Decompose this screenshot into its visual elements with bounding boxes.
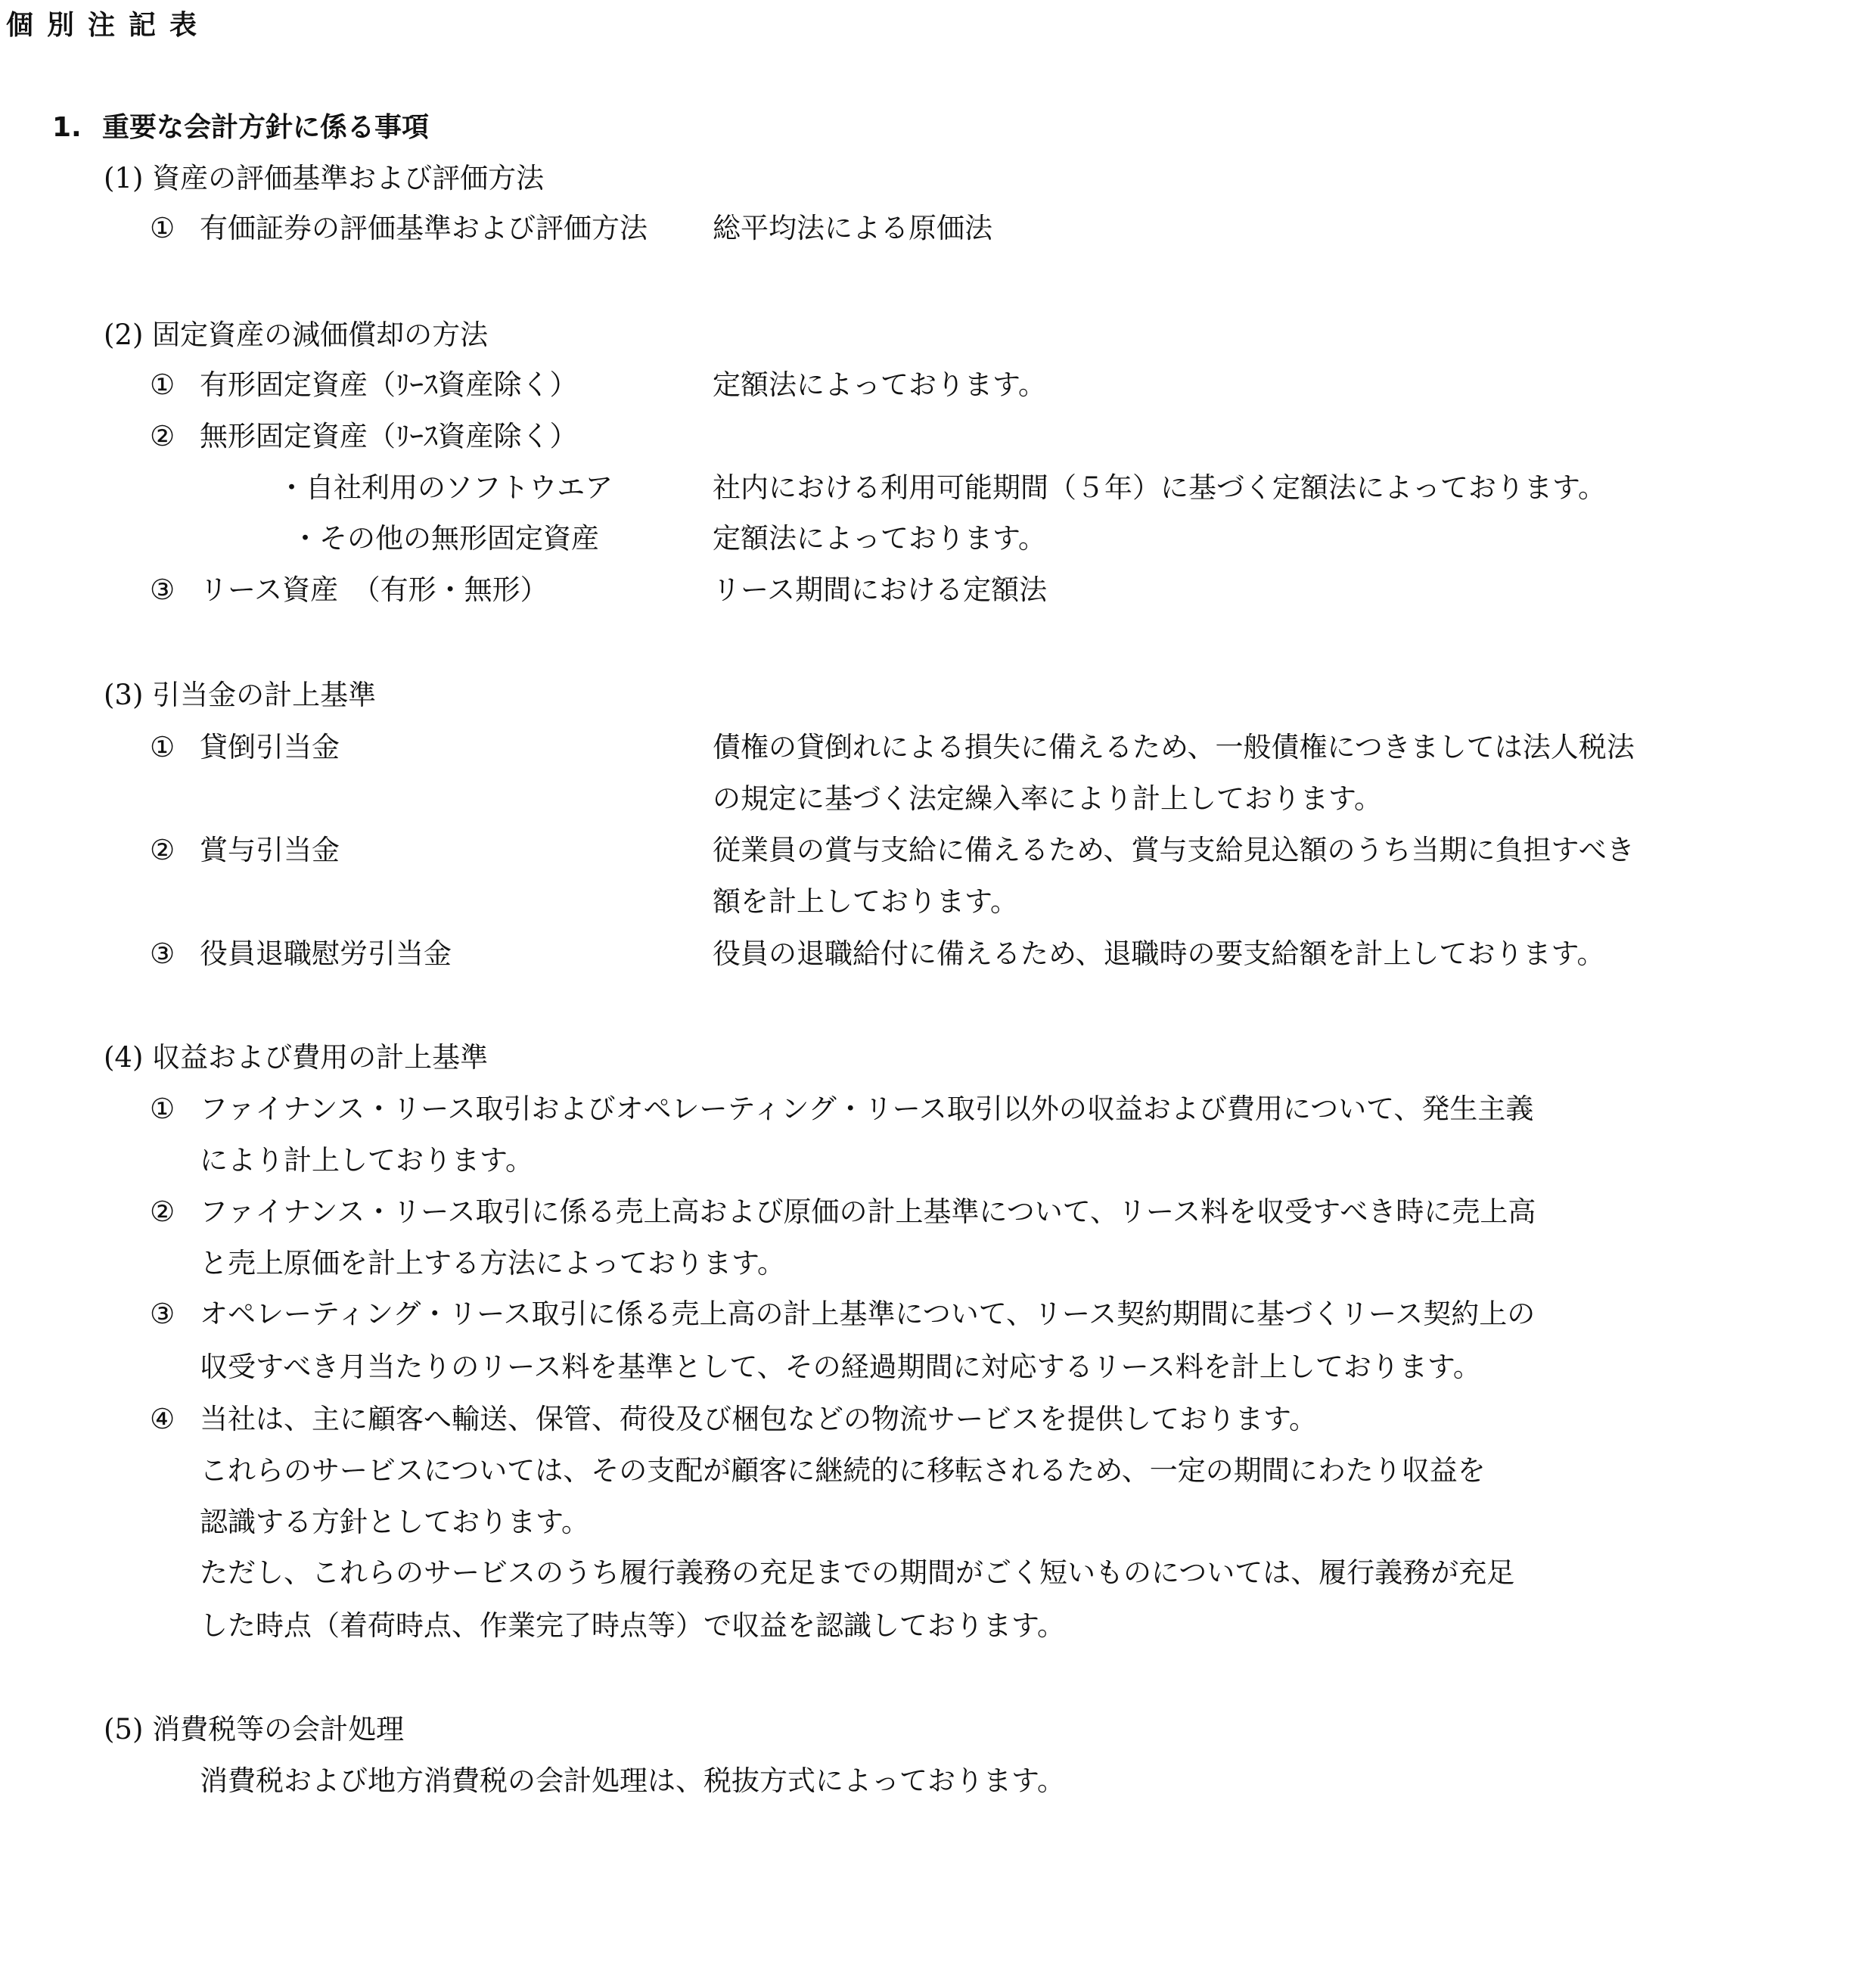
list-item-label: 賞与引当金	[200, 834, 340, 867]
list-item-label: 無形固定資産（ﾘｰｽ資産除く）	[200, 420, 578, 453]
list-item-value: 総平均法による原価法	[713, 212, 992, 245]
paragraph-line: これらのサービスについては、その支配が顧客に継続的に移転されるため、一定の期間に…	[200, 1454, 1486, 1488]
list-item-marker: ①	[150, 731, 175, 764]
list-item-label: 役員退職慰労引当金	[200, 937, 452, 971]
paragraph-line: 収受すべき月当たりのリース料を基準として、その経過期間に対応するリース料を計上し…	[200, 1351, 1481, 1384]
section-title: 重要な会計方針に係る事項	[102, 112, 429, 143]
paragraph-line: 認識する方針としております。	[200, 1506, 589, 1539]
subsection-3-heading: (3) 引当金の計上基準	[104, 679, 376, 712]
section-number: 1.	[52, 111, 102, 145]
list-item-value: 定額法によっております。	[713, 368, 1046, 402]
list-item-value-line: 役員の退職給付に備えるため、退職時の要支給額を計上しております。	[713, 937, 1605, 971]
subsection-5-heading: (5) 消費税等の会計処理	[104, 1713, 404, 1746]
paragraph-line: ただし、これらのサービスのうち履行義務の充足までの期間がごく短いものについては、…	[200, 1556, 1514, 1590]
sub-item-label: ・自社利用のソフトウエア	[278, 471, 613, 505]
list-item-marker: ③	[150, 574, 175, 607]
list-item-marker: ②	[150, 1195, 175, 1229]
sub-item-label: ・その他の無形固定資産	[291, 522, 599, 555]
subsection-2-heading: (2) 固定資産の減価償却の方法	[104, 319, 488, 352]
list-item-marker: ①	[150, 1093, 175, 1126]
list-item-marker: ①	[150, 368, 175, 402]
section-1-heading: 1.重要な会計方針に係る事項	[52, 111, 429, 145]
sub-item-value: 社内における利用可能期間（５年）に基づく定額法によっております。	[713, 471, 1606, 505]
paragraph-line: により計上しております。	[200, 1144, 533, 1177]
paragraph-line: した時点（着荷時点、作業完了時点等）で収益を認識しております。	[200, 1609, 1065, 1643]
list-item-marker: ②	[150, 420, 175, 453]
list-item-value-line: 債権の貸倒れによる損失に備えるため、一般債権につきましては法人税法	[713, 731, 1635, 764]
paragraph-line: ファイナンス・リース取引およびオペレーティング・リース取引以外の収益および費用に…	[200, 1093, 1533, 1126]
list-item-value-line: の規定に基づく法定繰入率により計上しております。	[713, 782, 1382, 816]
sub-item-value: 定額法によっております。	[713, 522, 1046, 555]
paragraph-line: 消費税および地方消費税の会計処理は、税抜方式によっております。	[200, 1764, 1065, 1798]
list-item-marker: ③	[150, 937, 175, 971]
list-item-marker: ④	[150, 1403, 175, 1436]
list-item-marker: ③	[150, 1298, 175, 1331]
list-item-label: 有形固定資産（ﾘｰｽ資産除く）	[200, 368, 578, 402]
list-item-value: リース期間における定額法	[713, 574, 1047, 607]
list-item-marker: ①	[150, 212, 175, 245]
paragraph-line: オペレーティング・リース取引に係る売上高の計上基準について、リース契約期間に基づ…	[200, 1298, 1535, 1331]
list-item-label: 貸倒引当金	[200, 731, 340, 764]
list-item-label: リース資産 （有形・無形）	[200, 574, 548, 607]
document-title: 個別注記表	[6, 9, 210, 42]
list-item-value-line: 従業員の賞与支給に備えるため、賞与支給見込額のうち当期に負担すべき	[713, 834, 1635, 867]
paragraph-line: 当社は、主に顧客へ輸送、保管、荷役及び梱包などの物流サービスを提供しております。	[200, 1403, 1317, 1436]
paragraph-line: と売上原価を計上する方法によっております。	[200, 1247, 785, 1280]
list-item-marker: ②	[150, 834, 175, 867]
subsection-1-heading: (1) 資産の評価基準および評価方法	[104, 162, 544, 195]
paragraph-line: ファイナンス・リース取引に係る売上高および原価の計上基準について、リース料を収受…	[200, 1195, 1536, 1229]
list-item-label: 有価証券の評価基準および評価方法	[200, 212, 648, 245]
list-item-value-line: 額を計上しております。	[713, 885, 1018, 919]
subsection-4-heading: (4) 収益および費用の計上基準	[104, 1041, 488, 1074]
